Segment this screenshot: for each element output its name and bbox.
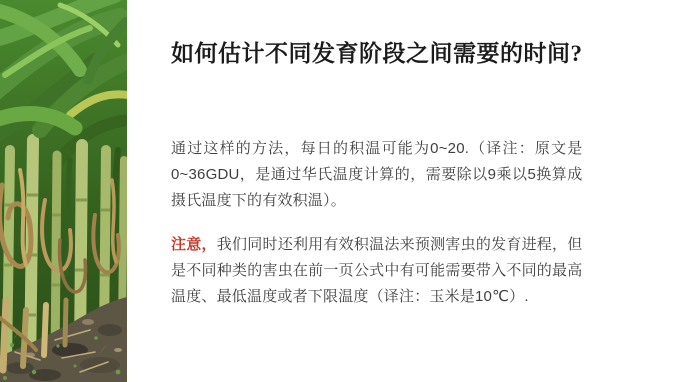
corn-photo-svg [0,0,127,382]
note-body-text: 我们同时还利用有效积温法来预测害虫的发育进程，但是不同种类的害虫在前一页公式中有… [171,236,583,305]
paragraph-method: 通过这样的方法，每日的积温可能为0~20.（译注：原文是0~36GDU，是通过华… [171,136,583,214]
corn-field-photo [0,0,127,382]
slide-title: 如何估计不同发育阶段之间需要的时间? [171,38,583,70]
slide: 如何估计不同发育阶段之间需要的时间? 通过这样的方法，每日的积温可能为0~20.… [0,0,680,382]
slide-content: 如何估计不同发育阶段之间需要的时间? 通过这样的方法，每日的积温可能为0~20.… [127,0,680,382]
paragraph-note: 注意，我们同时还利用有效积温法来预测害虫的发育进程，但是不同种类的害虫在前一页公… [171,232,583,310]
note-highlight: 注意， [171,236,217,253]
